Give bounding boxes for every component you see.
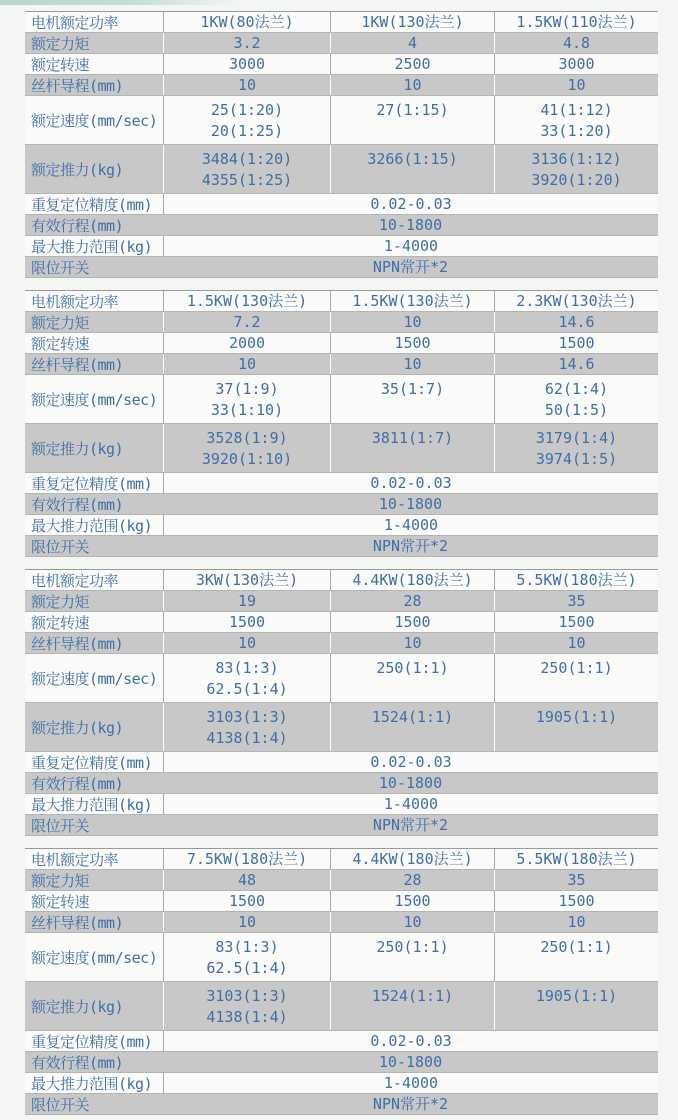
spec-value: 250(1:1) — [494, 933, 658, 981]
row-label: 最大推力范围(kg) — [25, 515, 163, 535]
spec-value: 10 — [330, 912, 494, 932]
row-label: 额定推力(kg) — [25, 982, 163, 1030]
spec-value: NPN常开*2 — [163, 257, 658, 277]
row-label: 电机额定功率 — [25, 849, 163, 869]
row-label: 重复定位精度(mm) — [25, 1031, 163, 1051]
spec-value: 3000 — [163, 54, 330, 74]
spec-value: 3528(1:9) 3920(1:10) — [163, 424, 330, 472]
top-accent-strip — [0, 0, 240, 5]
row-label: 额定推力(kg) — [25, 703, 163, 751]
row-label: 额定力矩 — [25, 33, 163, 53]
spec-value: NPN常开*2 — [163, 1094, 658, 1114]
spec-value: 0.02-0.03 — [163, 1031, 658, 1051]
spec-value: 0.02-0.03 — [163, 473, 658, 493]
row-label: 限位开关 — [25, 257, 163, 277]
spec-value: 10 — [330, 354, 494, 374]
spec-value: 28 — [330, 591, 494, 611]
row-label: 额定速度(mm/sec) — [25, 375, 163, 423]
spec-row-speed: 额定速度(mm/sec) 37(1:9) 33(1:10) 35(1:7) 62… — [25, 375, 658, 424]
spec-value: 5.5KW(180法兰) — [494, 570, 658, 590]
spec-value: 1524(1:1) — [330, 982, 494, 1030]
spec-value: 250(1:1) — [330, 933, 494, 981]
row-label: 额定转速 — [25, 54, 163, 74]
row-label: 额定速度(mm/sec) — [25, 933, 163, 981]
spec-row-torque: 额定力矩 19 28 35 — [25, 591, 658, 612]
spec-value: 3103(1:3) 4138(1:4) — [163, 703, 330, 751]
spec-value: 1-4000 — [163, 236, 658, 256]
spec-value: 4.4KW(180法兰) — [330, 849, 494, 869]
spec-section-3: 电机额定功率 3KW(130法兰) 4.4KW(180法兰) 5.5KW(180… — [25, 569, 658, 836]
spec-value: 250(1:1) — [494, 654, 658, 702]
spec-value: 1KW(80法兰) — [163, 12, 330, 32]
spec-row-thrust: 额定推力(kg) 3528(1:9) 3920(1:10) 3811(1:7) … — [25, 424, 658, 473]
spec-value: NPN常开*2 — [163, 536, 658, 556]
spec-value: 37(1:9) 33(1:10) — [163, 375, 330, 423]
spec-value: 3000 — [494, 54, 658, 74]
spec-row-stroke: 有效行程(mm) 10-1800 — [25, 773, 658, 794]
row-label: 额定转速 — [25, 612, 163, 632]
spec-value: 35(1:7) — [330, 375, 494, 423]
specs-table: 电机额定功率 1KW(80法兰) 1KW(130法兰) 1.5KW(110法兰)… — [25, 11, 658, 1120]
spec-row-lead: 丝杆导程(mm) 10 10 14.6 — [25, 354, 658, 375]
spec-value: 2000 — [163, 333, 330, 353]
spec-value: 1.5KW(130法兰) — [330, 291, 494, 311]
spec-value: 10 — [163, 75, 330, 95]
row-label: 额定速度(mm/sec) — [25, 96, 163, 144]
row-label: 额定力矩 — [25, 870, 163, 890]
spec-value: 83(1:3) 62.5(1:4) — [163, 654, 330, 702]
spec-row-max-thrust: 最大推力范围(kg) 1-4000 — [25, 794, 658, 815]
spec-value: 1500 — [494, 891, 658, 911]
spec-row-speed: 额定速度(mm/sec) 83(1:3) 62.5(1:4) 250(1:1) … — [25, 654, 658, 703]
spec-row-rpm: 额定转速 1500 1500 1500 — [25, 891, 658, 912]
spec-value: 3179(1:4) 3974(1:5) — [494, 424, 658, 472]
row-label: 最大推力范围(kg) — [25, 794, 163, 814]
spec-row-max-thrust: 最大推力范围(kg) 1-4000 — [25, 515, 658, 536]
spec-value: 19 — [163, 591, 330, 611]
spec-value: 3KW(130法兰) — [163, 570, 330, 590]
spec-section-2: 电机额定功率 1.5KW(130法兰) 1.5KW(130法兰) 2.3KW(1… — [25, 290, 658, 557]
spec-value: 10-1800 — [163, 1052, 658, 1072]
spec-value: 1500 — [330, 333, 494, 353]
spec-value: 3266(1:15) — [330, 145, 494, 193]
spec-value: 35 — [494, 591, 658, 611]
row-label: 额定力矩 — [25, 591, 163, 611]
spec-value: 0.02-0.03 — [163, 194, 658, 214]
spec-value: 1905(1:1) — [494, 982, 658, 1030]
spec-value: 14.6 — [494, 354, 658, 374]
row-label: 丝杆导程(mm) — [25, 633, 163, 653]
spec-value: 1500 — [163, 612, 330, 632]
spec-row-motor-power: 电机额定功率 1.5KW(130法兰) 1.5KW(130法兰) 2.3KW(1… — [25, 291, 658, 312]
row-label: 电机额定功率 — [25, 291, 163, 311]
spec-row-torque: 额定力矩 7.2 10 14.6 — [25, 312, 658, 333]
row-label: 限位开关 — [25, 815, 163, 835]
spec-value: 1905(1:1) — [494, 703, 658, 751]
spec-row-thrust: 额定推力(kg) 3103(1:3) 4138(1:4) 1524(1:1) 1… — [25, 703, 658, 752]
spec-value: 48 — [163, 870, 330, 890]
spec-value: 5.5KW(180法兰) — [494, 849, 658, 869]
row-label: 丝杆导程(mm) — [25, 75, 163, 95]
spec-value: 1.5KW(130法兰) — [163, 291, 330, 311]
spec-row-speed: 额定速度(mm/sec) 83(1:3) 62.5(1:4) 250(1:1) … — [25, 933, 658, 982]
spec-value: 1500 — [494, 333, 658, 353]
spec-value: 1524(1:1) — [330, 703, 494, 751]
row-label: 限位开关 — [25, 536, 163, 556]
spec-value: 3103(1:3) 4138(1:4) — [163, 982, 330, 1030]
spec-row-motor-power: 电机额定功率 1KW(80法兰) 1KW(130法兰) 1.5KW(110法兰) — [25, 12, 658, 33]
spec-value: 10 — [494, 633, 658, 653]
spec-value: 10-1800 — [163, 494, 658, 514]
spec-value: 4.8 — [494, 33, 658, 53]
spec-row-repeatability: 重复定位精度(mm) 0.02-0.03 — [25, 194, 658, 215]
row-label: 最大推力范围(kg) — [25, 236, 163, 256]
row-label: 额定推力(kg) — [25, 145, 163, 193]
row-label: 有效行程(mm) — [25, 215, 163, 235]
row-label: 额定速度(mm/sec) — [25, 654, 163, 702]
spec-value: 83(1:3) 62.5(1:4) — [163, 933, 330, 981]
spec-value: 62(1:4) 50(1:5) — [494, 375, 658, 423]
spec-value: 10 — [163, 633, 330, 653]
row-label: 有效行程(mm) — [25, 1052, 163, 1072]
row-label: 重复定位精度(mm) — [25, 752, 163, 772]
spec-row-stroke: 有效行程(mm) 10-1800 — [25, 215, 658, 236]
spec-value: 35 — [494, 870, 658, 890]
spec-row-max-thrust: 最大推力范围(kg) 1-4000 — [25, 236, 658, 257]
spec-value: 1500 — [330, 612, 494, 632]
row-label: 额定转速 — [25, 891, 163, 911]
spec-row-limit-switch: 限位开关 NPN常开*2 — [25, 536, 658, 557]
spec-row-torque: 额定力矩 48 28 35 — [25, 870, 658, 891]
spec-value: 7.5KW(180法兰) — [163, 849, 330, 869]
row-label: 有效行程(mm) — [25, 773, 163, 793]
spec-value: 7.2 — [163, 312, 330, 332]
spec-row-limit-switch: 限位开关 NPN常开*2 — [25, 1094, 658, 1115]
spec-value: 28 — [330, 870, 494, 890]
spec-row-lead: 丝杆导程(mm) 10 10 10 — [25, 912, 658, 933]
row-label: 限位开关 — [25, 1094, 163, 1114]
spec-value: 2.3KW(130法兰) — [494, 291, 658, 311]
spec-value: 10 — [163, 912, 330, 932]
spec-row-limit-switch: 限位开关 NPN常开*2 — [25, 815, 658, 836]
spec-value: 41(1:12) 33(1:20) — [494, 96, 658, 144]
spec-row-thrust: 额定推力(kg) 3484(1:20) 4355(1:25) 3266(1:15… — [25, 145, 658, 194]
spec-value: 3.2 — [163, 33, 330, 53]
row-label: 电机额定功率 — [25, 570, 163, 590]
spec-row-motor-power: 电机额定功率 3KW(130法兰) 4.4KW(180法兰) 5.5KW(180… — [25, 570, 658, 591]
spec-value: 1500 — [163, 891, 330, 911]
spec-value: 10 — [494, 912, 658, 932]
spec-row-repeatability: 重复定位精度(mm) 0.02-0.03 — [25, 473, 658, 494]
spec-value: 1-4000 — [163, 1073, 658, 1093]
spec-value: 10 — [330, 312, 494, 332]
spec-row-torque: 额定力矩 3.2 4 4.8 — [25, 33, 658, 54]
spec-value: 1.5KW(110法兰) — [494, 12, 658, 32]
row-label: 额定转速 — [25, 333, 163, 353]
spec-value: 1500 — [494, 612, 658, 632]
spec-row-stroke: 有效行程(mm) 10-1800 — [25, 1052, 658, 1073]
spec-row-stroke: 有效行程(mm) 10-1800 — [25, 494, 658, 515]
spec-value: 2500 — [330, 54, 494, 74]
spec-value: 3136(1:12) 3920(1:20) — [494, 145, 658, 193]
spec-value: 4 — [330, 33, 494, 53]
spec-value: 1500 — [330, 891, 494, 911]
row-label: 有效行程(mm) — [25, 494, 163, 514]
spec-row-thrust: 额定推力(kg) 3103(1:3) 4138(1:4) 1524(1:1) 1… — [25, 982, 658, 1031]
spec-value: 3484(1:20) 4355(1:25) — [163, 145, 330, 193]
spec-row-max-thrust: 最大推力范围(kg) 1-4000 — [25, 1073, 658, 1094]
spec-value: 250(1:1) — [330, 654, 494, 702]
row-label: 电机额定功率 — [25, 12, 163, 32]
row-label: 最大推力范围(kg) — [25, 1073, 163, 1093]
row-label: 额定推力(kg) — [25, 424, 163, 472]
spec-value: 14.6 — [494, 312, 658, 332]
spec-value: 1-4000 — [163, 515, 658, 535]
spec-section-1: 电机额定功率 1KW(80法兰) 1KW(130法兰) 1.5KW(110法兰)… — [25, 11, 658, 278]
spec-row-repeatability: 重复定位精度(mm) 0.02-0.03 — [25, 752, 658, 773]
row-label: 丝杆导程(mm) — [25, 354, 163, 374]
spec-value: 10 — [330, 633, 494, 653]
spec-value: 10 — [163, 354, 330, 374]
spec-value: 10-1800 — [163, 773, 658, 793]
spec-value: 10-1800 — [163, 215, 658, 235]
row-label: 额定力矩 — [25, 312, 163, 332]
row-label: 丝杆导程(mm) — [25, 912, 163, 932]
spec-row-motor-power: 电机额定功率 7.5KW(180法兰) 4.4KW(180法兰) 5.5KW(1… — [25, 849, 658, 870]
spec-value: 1KW(130法兰) — [330, 12, 494, 32]
spec-value: 0.02-0.03 — [163, 752, 658, 772]
spec-row-lead: 丝杆导程(mm) 10 10 10 — [25, 75, 658, 96]
spec-row-rpm: 额定转速 1500 1500 1500 — [25, 612, 658, 633]
spec-row-speed: 额定速度(mm/sec) 25(1:20) 20(1:25) 27(1:15) … — [25, 96, 658, 145]
spec-value: 10 — [330, 75, 494, 95]
spec-section-4: 电机额定功率 7.5KW(180法兰) 4.4KW(180法兰) 5.5KW(1… — [25, 848, 658, 1115]
spec-value: 3811(1:7) — [330, 424, 494, 472]
row-label: 重复定位精度(mm) — [25, 473, 163, 493]
spec-value: 4.4KW(180法兰) — [330, 570, 494, 590]
spec-row-rpm: 额定转速 3000 2500 3000 — [25, 54, 658, 75]
spec-row-limit-switch: 限位开关 NPN常开*2 — [25, 257, 658, 278]
spec-value: 25(1:20) 20(1:25) — [163, 96, 330, 144]
spec-value: 27(1:15) — [330, 96, 494, 144]
spec-row-repeatability: 重复定位精度(mm) 0.02-0.03 — [25, 1031, 658, 1052]
spec-row-lead: 丝杆导程(mm) 10 10 10 — [25, 633, 658, 654]
row-label: 重复定位精度(mm) — [25, 194, 163, 214]
spec-row-rpm: 额定转速 2000 1500 1500 — [25, 333, 658, 354]
spec-value: NPN常开*2 — [163, 815, 658, 835]
spec-value: 1-4000 — [163, 794, 658, 814]
spec-value: 10 — [494, 75, 658, 95]
